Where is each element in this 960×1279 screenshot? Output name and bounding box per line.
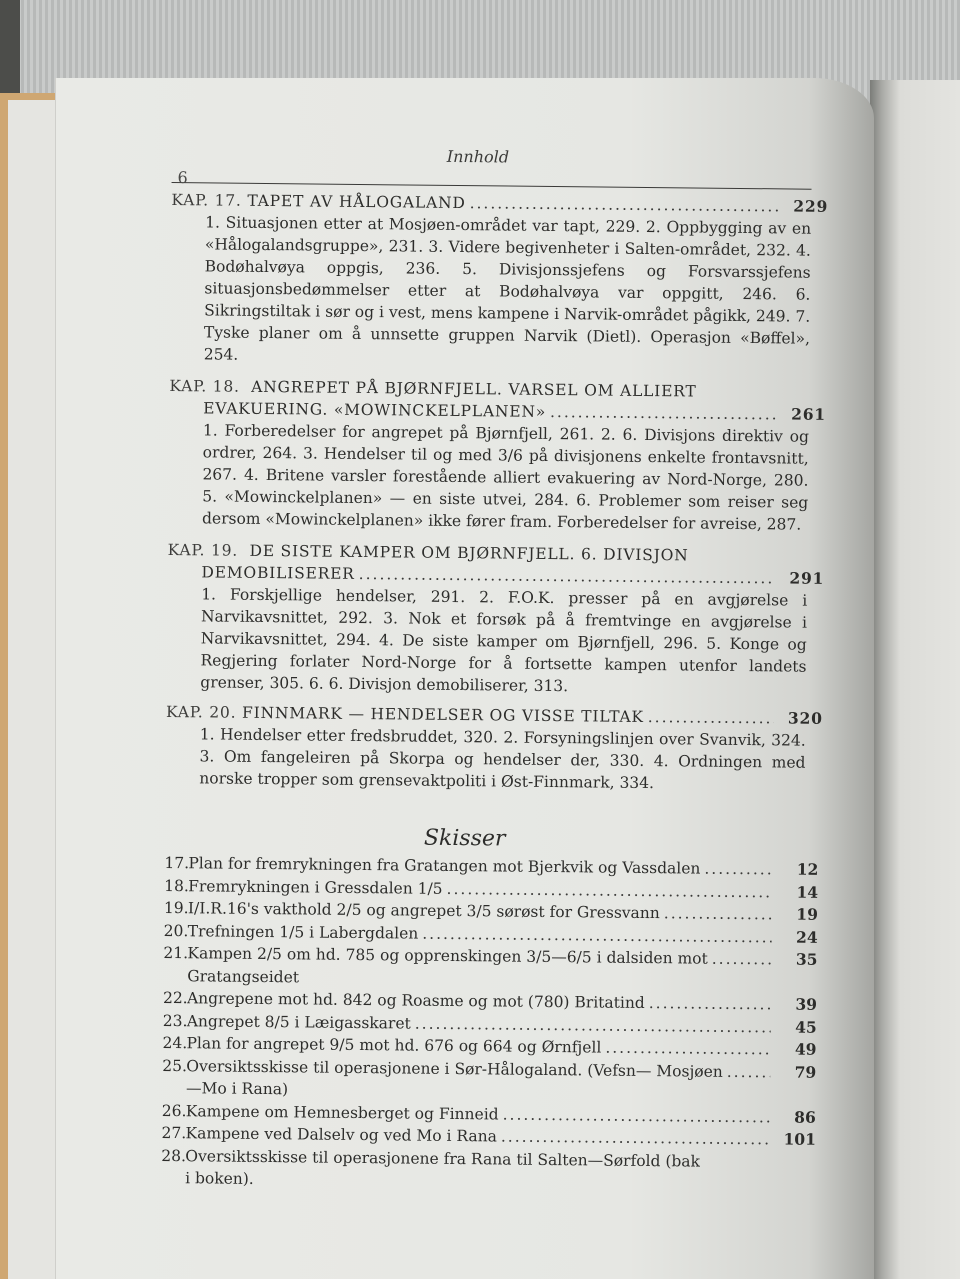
leader-dots	[708, 948, 772, 971]
leader-dots	[660, 902, 772, 926]
sketch-page: 45	[785, 1016, 817, 1039]
chapter-title-cont: DEMOBILISERER	[201, 561, 354, 585]
running-head-title: Innhold	[447, 147, 509, 167]
chapter-title: TAPET AV HÅLOGALAND	[247, 190, 465, 214]
sketch-page: 19	[786, 903, 818, 926]
sketch-number: 17.	[164, 852, 188, 875]
chapter-page: 229	[793, 196, 825, 218]
sketch-number: 23.	[163, 1009, 187, 1032]
sketch-list: 17.Plan for fremrykningen fra Gratangen …	[161, 852, 804, 1196]
chapter-page: 261	[791, 403, 823, 425]
chapter-label: KAP. 19.	[168, 541, 239, 560]
chapter-entry: KAP. 17. TAPET AV HÅLOGALAND 229 1. Situ…	[170, 189, 812, 372]
chapter-entry: KAP. 19. DE SISTE KAMPER OM BJØRNFJELL. …	[166, 539, 808, 700]
sketch-page: 14	[786, 881, 818, 904]
sketch-page: 39	[785, 993, 817, 1016]
page-number: 6	[178, 168, 188, 187]
sketch-page: 24	[786, 926, 818, 949]
facing-page	[870, 80, 960, 1279]
sketch-title: Kampene om Hemnesberget og Finneid	[186, 1100, 499, 1126]
chapter-title: DE SISTE KAMPER OM BJØRNFJELL. 6. DIVISJ…	[249, 542, 688, 565]
chapter-title: ANGREPET PÅ BJØRNFJELL. VARSEL OM ALLIER…	[251, 378, 697, 401]
sketch-title: Angrepet 8/5 i Læigasskaret	[187, 1010, 411, 1035]
chapter-summary: 1. Forberedelser for angrepet på Bjørnfj…	[168, 419, 809, 536]
leader-dots	[645, 992, 771, 1016]
leader-dots	[700, 858, 772, 881]
sketch-number: 20.	[164, 919, 188, 942]
endpaper	[8, 100, 56, 1279]
leader-dots	[601, 1037, 770, 1061]
leader-dots	[499, 1103, 770, 1128]
sketch-page: 79	[784, 1061, 816, 1084]
sketch-page: 86	[784, 1106, 816, 1129]
chapter-label: KAP. 20.	[166, 701, 237, 724]
sketch-number: 26.	[162, 1099, 186, 1122]
leader-dots	[466, 192, 780, 217]
chapter-entry: KAP. 20. FINNMARK — HENDELSER OG VISSE T…	[165, 701, 806, 796]
sketch-number: 25.	[162, 1054, 186, 1077]
sketch-number: 21.	[163, 942, 187, 965]
sketch-number: 18.	[164, 874, 188, 897]
sketch-number: 19.	[164, 897, 188, 920]
background-shadow	[0, 0, 20, 95]
leader-dots	[723, 1060, 771, 1083]
leader-dots	[644, 706, 774, 729]
chapter-summary: 1. Forskjellige hendelser, 291. 2. F.O.K…	[166, 583, 807, 700]
sketch-number: 24.	[162, 1032, 186, 1055]
leader-dots	[546, 401, 777, 425]
chapter-summary: 1. Hendelser etter fredsbruddet, 320. 2.…	[165, 723, 806, 796]
sketch-title: Kampene ved Dalselv og ved Mo i Rana	[185, 1122, 497, 1148]
chapter-entry: KAP. 18. ANGREPET PÅ BJØRNFJELL. VARSEL …	[168, 375, 810, 536]
sketch-number: 22.	[163, 987, 187, 1010]
sketch-page: 12	[786, 858, 818, 881]
running-head: 6 Innhold	[172, 140, 812, 190]
sketch-page: 101	[783, 1128, 815, 1151]
sketch-title: Trefningen 1/5 i Labergdalen	[188, 920, 419, 945]
sketch-page: 49	[784, 1038, 816, 1061]
sketch-number: 28.	[161, 1144, 185, 1167]
sketch-page: 35	[785, 948, 817, 971]
sketch-title: Fremrykningen i Gressdalen 1/5	[188, 875, 443, 900]
chapter-label: KAP. 17.	[171, 189, 242, 212]
chapter-summary: 1. Situasjonen etter at Mosjøen-området …	[170, 211, 812, 372]
table-of-contents: 6 Innhold KAP. 17. TAPET AV HÅLOGALAND 2…	[161, 140, 812, 1196]
sketch-number: 27.	[161, 1122, 185, 1145]
chapter-label: KAP. 18.	[169, 377, 240, 396]
chapter-page: 291	[789, 567, 821, 589]
chapter-page: 320	[788, 707, 820, 729]
leader-dots	[497, 1125, 770, 1150]
section-title-sketches: Skisser	[165, 823, 805, 855]
